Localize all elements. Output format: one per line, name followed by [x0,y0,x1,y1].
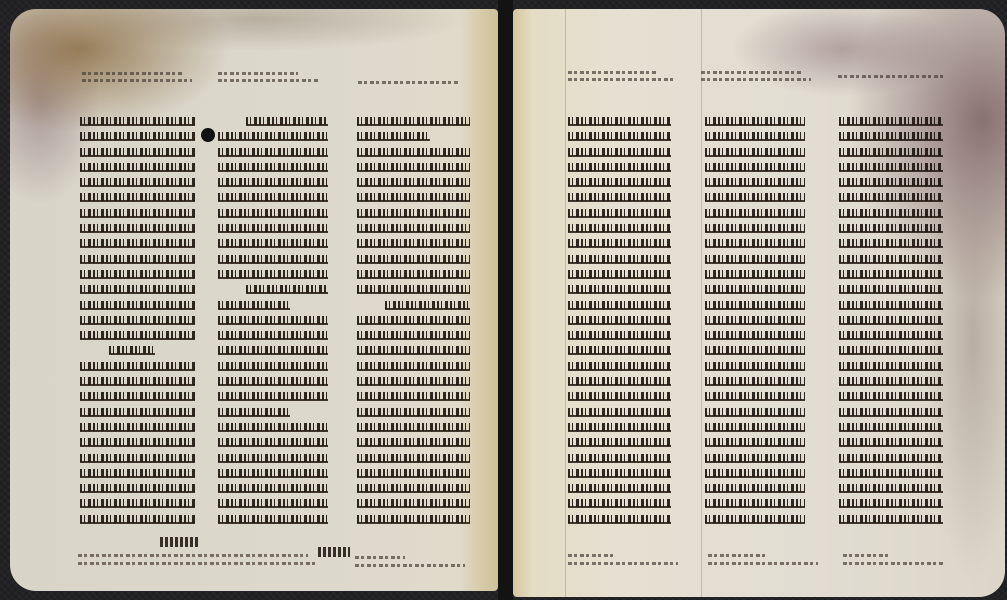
script-line [568,251,671,266]
script-line [568,358,671,373]
script-line [839,450,943,465]
script-line [568,480,671,495]
script-line [705,450,805,465]
script-line [357,342,470,357]
script-line [839,251,943,266]
script-line [218,266,328,281]
script-line [568,189,671,204]
script-line [80,297,195,312]
script-line [80,419,195,434]
script-line [839,297,943,312]
script-line [357,189,470,204]
script-line [568,297,671,312]
script-line [568,266,671,281]
script-line [218,189,328,204]
script-line [80,450,195,465]
script-line [357,404,470,419]
header-note [82,72,182,75]
footer-note [708,554,768,557]
script-line [568,434,671,449]
script-line [705,113,805,128]
script-line [357,297,470,312]
script-line [839,342,943,357]
script-line [218,388,328,403]
script-line [568,220,671,235]
script-line [568,144,671,159]
script-line [568,404,671,419]
script-line [218,297,328,312]
script-line [839,419,943,434]
script-line [839,327,943,342]
script-line [705,159,805,174]
script-line [705,220,805,235]
script-line [839,205,943,220]
script-line [705,434,805,449]
header-note [218,72,298,75]
script-line [839,511,943,526]
script-line [705,251,805,266]
script-line [568,281,671,296]
text-column-1 [568,113,671,526]
script-line [839,281,943,296]
script-line [568,174,671,189]
script-line [839,174,943,189]
header-note [568,78,673,81]
script-line [80,189,195,204]
script-line [705,465,805,480]
script-line [357,128,470,143]
script-line [839,404,943,419]
footer-note [78,554,308,557]
script-line [80,342,195,357]
script-line [357,281,470,296]
script-line [80,465,195,480]
script-line [80,480,195,495]
footer-note [78,562,318,565]
script-line [357,235,470,250]
script-line [80,511,195,526]
script-line [218,113,328,128]
script-line [218,128,328,143]
script-line [218,434,328,449]
script-line [218,450,328,465]
script-line [218,235,328,250]
script-line [80,174,195,189]
footer-note [708,562,818,565]
script-line [839,128,943,143]
script-line [839,159,943,174]
script-line [705,205,805,220]
script-line [357,174,470,189]
script-line [218,419,328,434]
script-line [705,388,805,403]
script-line [839,220,943,235]
script-line [357,251,470,266]
script-line [218,312,328,327]
script-line [218,480,328,495]
script-line [705,281,805,296]
script-line [357,266,470,281]
script-line [80,358,195,373]
column-subscription [160,537,200,547]
script-line [218,465,328,480]
footer-note [568,554,613,557]
script-line [80,235,195,250]
script-line [839,434,943,449]
script-line [357,450,470,465]
script-line [80,144,195,159]
script-line [568,465,671,480]
column-subscription [318,547,350,557]
script-line [80,281,195,296]
script-line [839,266,943,281]
script-line [839,465,943,480]
text-column-2 [705,113,805,526]
script-line [80,159,195,174]
script-line [568,511,671,526]
script-line [705,342,805,357]
script-line [357,465,470,480]
script-line [218,404,328,419]
script-line [705,189,805,204]
script-line [357,388,470,403]
script-line [357,159,470,174]
script-line [568,128,671,143]
script-line [80,113,195,128]
script-line [705,327,805,342]
script-line [705,144,805,159]
script-line [218,373,328,388]
fold-line [565,9,566,597]
script-line [80,327,195,342]
script-line [568,388,671,403]
script-line [705,373,805,388]
script-line [357,312,470,327]
header-note [218,79,318,82]
script-line [80,404,195,419]
script-line [218,511,328,526]
script-line [568,373,671,388]
script-line [80,312,195,327]
right-leaf [513,9,1005,597]
text-column-3 [357,113,470,526]
script-line [80,373,195,388]
script-line [839,495,943,510]
text-column-1 [80,113,195,526]
script-line [218,495,328,510]
script-line [568,419,671,434]
script-line [568,342,671,357]
script-line [357,220,470,235]
script-line [705,480,805,495]
script-line [839,312,943,327]
script-line [80,128,195,143]
script-line [568,113,671,128]
header-note [701,78,811,81]
script-line [218,159,328,174]
fold-line [701,9,702,597]
script-line [839,144,943,159]
header-note [838,75,943,78]
text-column-2 [218,113,328,526]
script-line [705,297,805,312]
script-line [839,235,943,250]
script-line [568,159,671,174]
script-line [705,266,805,281]
script-line [80,205,195,220]
script-line [357,373,470,388]
header-note [358,81,458,84]
script-line [705,404,805,419]
script-line [80,434,195,449]
parchment-hole [201,128,215,142]
left-leaf [10,9,498,591]
footer-note [843,554,888,557]
script-line [218,220,328,235]
text-column-3 [839,113,943,526]
binding-gutter [498,0,513,600]
script-line [357,205,470,220]
header-note [568,71,658,74]
script-line [218,174,328,189]
script-line [218,281,328,296]
header-note [82,79,192,82]
script-line [839,388,943,403]
footer-note [355,564,465,567]
script-line [357,113,470,128]
script-line [839,189,943,204]
script-line [705,511,805,526]
script-line [568,450,671,465]
script-line [80,495,195,510]
footer-note [355,556,405,559]
script-line [705,419,805,434]
script-line [705,128,805,143]
script-line [568,235,671,250]
script-line [568,205,671,220]
script-line [705,174,805,189]
script-line [568,327,671,342]
script-line [218,205,328,220]
script-line [218,251,328,266]
script-line [80,266,195,281]
script-line [80,251,195,266]
script-line [705,235,805,250]
script-line [357,434,470,449]
script-line [218,358,328,373]
script-line [357,144,470,159]
script-line [839,358,943,373]
script-line [839,113,943,128]
footer-note [843,562,943,565]
header-note [701,71,801,74]
script-line [357,358,470,373]
script-line [218,144,328,159]
script-line [357,511,470,526]
script-line [218,327,328,342]
script-line [839,373,943,388]
script-line [357,419,470,434]
script-line [218,342,328,357]
script-line [839,480,943,495]
script-line [80,220,195,235]
script-line [357,495,470,510]
script-line [80,388,195,403]
script-line [568,495,671,510]
script-line [357,480,470,495]
footer-note [568,562,678,565]
script-line [705,495,805,510]
script-line [705,312,805,327]
script-line [705,358,805,373]
script-line [568,312,671,327]
script-line [357,327,470,342]
